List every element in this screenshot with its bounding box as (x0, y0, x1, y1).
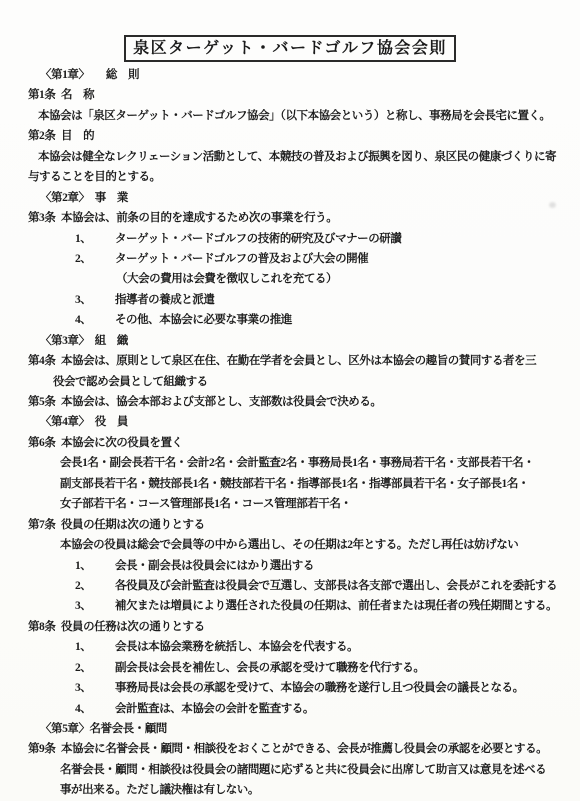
line-text: （大会の費用は会費を徴収しこれを充てる） (116, 273, 337, 285)
doc-line-article: 第8条役員の任務は次の通りとする (0, 617, 580, 637)
line-text: 本協会は健全なレクリェーション活動として、本競技の普及および振興を図り、泉区民の… (38, 151, 556, 163)
line-text: 本協会は、原則として泉区在住、在勤在学者を会員とし、区外は本協会の趣旨の賛同する… (61, 355, 536, 367)
item-number: 2、 (75, 249, 115, 269)
doc-line-chapter: 〈第3章〉 組 織 (0, 331, 580, 351)
line-text: 役会で認め会員として組織する (53, 376, 208, 388)
doc-line-article: 第9条本協会に名誉会長・顧問・相談役をおくことができる、会長が推薦し役員会の承認… (0, 739, 580, 759)
doc-line-chapter: 〈第1章〉 総 則 (0, 65, 580, 85)
item-number: 4、 (75, 699, 115, 719)
line-text: 役員の任務は次の通りとする (61, 621, 205, 633)
doc-line-article: 第6条本協会に次の役員を置く (0, 433, 580, 453)
doc-line-article: 第7条役員の任期は次の通りとする (0, 515, 580, 535)
line-text: 本協会は「泉区ターゲット・バードゴルフ協会」（以下本協会という）と称し、事務局を… (38, 110, 550, 122)
line-text: 〈第5章〉名誉会長・顧問 (40, 723, 167, 735)
line-text: 名 称 (61, 89, 94, 101)
line-text: 〈第3章〉 組 織 (40, 335, 128, 347)
doc-line-chapter: 〈第2章〉 事 業 (0, 188, 580, 208)
line-text: 本協会に名誉会長・顧問・相談役をおくことができる、会長が推薦し役員会の承認を必要… (61, 743, 547, 755)
line-text: 会長は本協会業務を統括し、本協会を代表する。 (115, 641, 358, 653)
doc-lines: 〈第1章〉 総 則第1条名 称本協会は「泉区ターゲット・バードゴルフ協会」（以下… (0, 65, 580, 801)
article-number: 第8条 (28, 617, 61, 637)
line-text: 〈第1章〉 総 則 (40, 69, 139, 81)
line-text: 与することを目的とする。 (28, 171, 161, 183)
item-number: 3、 (75, 596, 115, 616)
line-text: 〈第2章〉 事 業 (40, 192, 128, 204)
item-number: 1、 (75, 637, 115, 657)
doc-line-cont4: 役会で認め会員として組織する (0, 372, 580, 392)
line-text: 会長・副会長は役員会にはかり選出する (115, 560, 314, 572)
line-text: 〈第4章〉 役 員 (40, 416, 128, 428)
doc-line-cont: 名誉会長・顧問・相談役は役員会の諸問題に応ずると共に役員会に出席して助言又は意見… (0, 760, 580, 780)
scan-artifact-dot (549, 202, 556, 208)
line-text: ターゲット・バードゴルフの技術的研究及びマナーの研讃 (115, 233, 401, 245)
line-text: 会長1名・副会長若干名・会計2名・会計監査2名・事務局長1名・事務局若干名・支部… (60, 457, 534, 469)
article-number: 第6条 (28, 433, 61, 453)
line-text: 補欠または増員により選任された役員の任期は、前任者または現任者の残任期間とする。 (115, 600, 557, 612)
line-text: 会計監査は、本協会の会計を監査する。 (115, 703, 314, 715)
line-text: 本協会の役員は総会で会員等の中から選出し、その任期は2年とする。ただし再任は妨げ… (60, 539, 518, 551)
doc-line-cont: 本協会の役員は総会で会員等の中から選出し、その任期は2年とする。ただし再任は妨げ… (0, 535, 580, 555)
line-text: 名誉会長・顧問・相談役は役員会の諸問題に応ずると共に役員会に出席して助言又は意見… (60, 764, 546, 776)
doc-line-item: 2、ターゲット・バードゴルフの普及および大会の開催 (0, 249, 580, 269)
line-text: 副会長は会長を補佐し、会長の承認を受けて職務を代行する。 (115, 662, 424, 674)
line-text: 目 的 (61, 130, 94, 142)
scanned-document-page: 泉区ターゲット・バードゴルフ協会会則 〈第1章〉 総 則第1条名 称本協会は「泉… (0, 0, 580, 801)
item-number: 3、 (75, 290, 115, 310)
item-number: 3、 (75, 678, 115, 698)
article-number: 第5条 (28, 392, 61, 412)
doc-line-chapter: 〈第5章〉名誉会長・顧問 (0, 719, 580, 739)
doc-line-item: 1、会長は本協会業務を統括し、本協会を代表する。 (0, 637, 580, 657)
doc-line-item: 4、会計監査は、本協会の会計を監査する。 (0, 699, 580, 719)
article-number: 第3条 (28, 208, 61, 228)
document-title-row: 泉区ターゲット・バードゴルフ協会会則 (0, 0, 580, 63)
line-text: ターゲット・バードゴルフの普及および大会の開催 (115, 253, 368, 265)
line-text: 本協会は、協会本部および支部とし、支部数は役員会で決める。 (61, 396, 381, 408)
doc-line-cont: 女子部若干名・コース管理部長1名・コース管理部若干名・ (0, 494, 580, 514)
doc-line-item: 3、補欠または増員により選任された役員の任期は、前任者または現任者の残任期間とす… (0, 596, 580, 616)
line-text: 事が出来る。ただし議決権は有しない。 (60, 784, 259, 796)
doc-line-item: 2、各役員及び会計監査は役員会で互選し、支部長は各支部で選出し、会長がこれを委託… (0, 576, 580, 596)
doc-line-item: 4、その他、本協会に必要な事業の推進 (0, 310, 580, 330)
doc-line-cont: 会長1名・副会長若干名・会計2名・会計監査2名・事務局長1名・事務局若干名・支部… (0, 453, 580, 473)
article-number: 第7条 (28, 515, 61, 535)
document-title: 泉区ターゲット・バードゴルフ協会会則 (124, 35, 456, 62)
doc-line-body1: 本協会は「泉区ターゲット・バードゴルフ協会」（以下本協会という）と称し、事務局を… (0, 106, 580, 126)
doc-line-article: 第3条本協会は、前条の目的を達成するため次の事業を行う。 (0, 208, 580, 228)
doc-line-article: 第2条目 的 (0, 126, 580, 146)
item-number: 2、 (75, 658, 115, 678)
line-text: 副支部長若干名・競技部長1名・競技部若干名・指導部長1名・指導部員若干名・女子部… (60, 478, 529, 490)
doc-line-item: 3、事務局長は会長の承認を受けて、本協会の職務を遂行し且つ役員会の議長となる。 (0, 678, 580, 698)
doc-line-item: 1、ターゲット・バードゴルフの技術的研究及びマナーの研讃 (0, 229, 580, 249)
article-number: 第2条 (28, 126, 61, 146)
doc-line-chapter: 〈第4章〉 役 員 (0, 412, 580, 432)
line-text: 事務局長は会長の承認を受けて、本協会の職務を遂行し且つ役員会の議長となる。 (115, 682, 524, 694)
item-number: 1、 (75, 556, 115, 576)
line-text: 本協会は、前条の目的を達成するため次の事業を行う。 (61, 212, 337, 224)
doc-line-item: 1、会長・副会長は役員会にはかり選出する (0, 556, 580, 576)
line-text: 指導者の養成と派遣 (115, 294, 214, 306)
line-text: 女子部若干名・コース管理部長1名・コース管理部若干名・ (60, 498, 351, 510)
doc-line-article: 第4条本協会は、原則として泉区在住、在勤在学者を会員とし、区外は本協会の趣旨の賛… (0, 351, 580, 371)
line-text: 役員の任期は次の通りとする (61, 519, 205, 531)
doc-line-article: 第5条本協会は、協会本部および支部とし、支部数は役員会で決める。 (0, 392, 580, 412)
article-number: 第1条 (28, 85, 61, 105)
doc-line-cont: 副支部長若干名・競技部長1名・競技部若干名・指導部長1名・指導部員若干名・女子部… (0, 474, 580, 494)
doc-line-cont: 事が出来る。ただし議決権は有しない。 (0, 780, 580, 800)
article-number: 第4条 (28, 351, 61, 371)
item-number: 2、 (75, 576, 115, 596)
item-number: 4、 (75, 310, 115, 330)
item-number: 1、 (75, 229, 115, 249)
doc-line-item: 2、副会長は会長を補佐し、会長の承認を受けて職務を代行する。 (0, 658, 580, 678)
doc-line-article: 第1条名 称 (0, 85, 580, 105)
doc-line-paren: （大会の費用は会費を徴収しこれを充てる） (0, 269, 580, 289)
doc-line-body1: 本協会は健全なレクリェーション活動として、本競技の普及および振興を図り、泉区民の… (0, 147, 580, 167)
line-text: その他、本協会に必要な事業の推進 (115, 314, 292, 326)
line-text: 各役員及び会計監査は役員会で互選し、支部長は各支部で選出し、会長がこれを委託する (115, 580, 557, 592)
article-number: 第9条 (28, 739, 61, 759)
doc-line-body0: 与することを目的とする。 (0, 167, 580, 187)
line-text: 本協会に次の役員を置く (61, 437, 183, 449)
doc-line-item: 3、指導者の養成と派遣 (0, 290, 580, 310)
